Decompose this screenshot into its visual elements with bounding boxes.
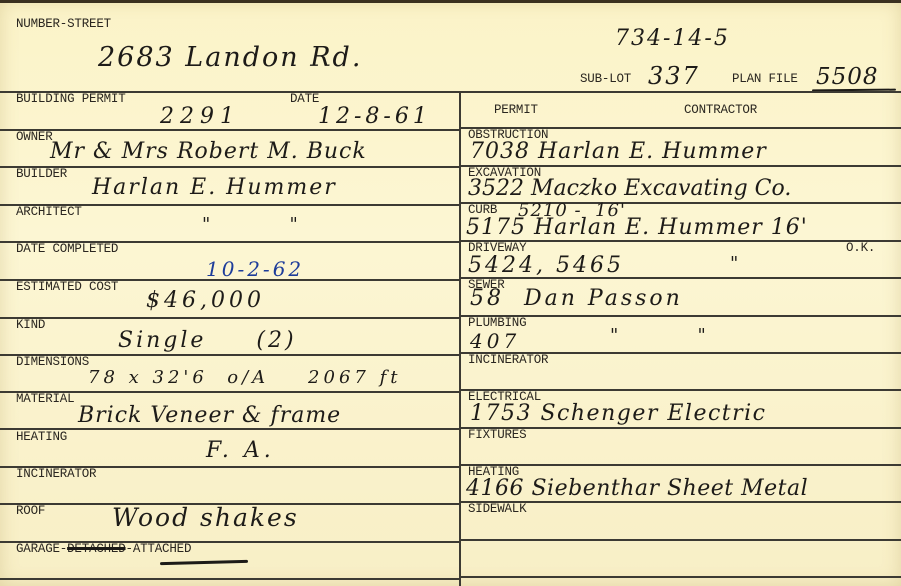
plan-file-label: PLAN FILE <box>732 73 798 86</box>
dimensions-value: 78 x 32'6 o/A 2067 ft <box>88 369 401 387</box>
kind-label: KIND <box>16 319 45 332</box>
sewer-value: 58 Dan Passon <box>470 288 683 310</box>
row-rule <box>0 428 459 430</box>
roof-label: ROOF <box>16 505 45 518</box>
parcel-number: 734-14-5 <box>615 28 730 50</box>
owner-label: OWNER <box>16 131 53 144</box>
material-label: MATERIAL <box>16 393 74 406</box>
sub-lot-label: SUB-LOT <box>580 73 631 86</box>
plumbing-contractor: " " <box>610 327 708 345</box>
building-permit-value: 2291 <box>160 106 240 128</box>
obstruction-value: 7038 Harlan E. Hummer <box>470 141 767 163</box>
date-completed-label: DATE COMPLETED <box>16 243 118 256</box>
heating-label: HEATING <box>16 431 67 444</box>
row-rule <box>0 578 459 580</box>
row-rule <box>459 576 901 578</box>
roof-value: Wood shakes <box>112 505 299 530</box>
row-rule <box>0 129 459 131</box>
incinerator-label: INCINERATOR <box>16 468 96 481</box>
row-rule <box>0 317 459 319</box>
permit-date-value: 12-8-61 <box>318 106 431 128</box>
header-rule <box>0 91 901 93</box>
garage-field: GARAGE-DETACHED-ATTACHED <box>16 543 191 556</box>
garage-option-detached-struck: DETACHED <box>67 542 125 556</box>
dimensions-label: DIMENSIONS <box>16 356 89 369</box>
sub-lot-value: 337 <box>648 64 700 88</box>
row-rule <box>0 166 459 168</box>
estimated-cost-value: $46,000 <box>146 290 265 312</box>
owner-value: Mr & Mrs Robert M. Buck <box>50 141 367 163</box>
heating-permit-value: 4166 Siebenthar Sheet Metal <box>466 478 808 500</box>
plan-file-value: 5508 <box>816 66 879 89</box>
builder-value: Harlan E. Hummer <box>92 177 337 199</box>
builder-label: BUILDER <box>16 168 67 181</box>
date-completed-value: 10-2-62 <box>206 259 304 279</box>
driveway-ok-mark: O.K. <box>846 242 875 255</box>
curb-value: 5175 Harlan E. Hummer 16' <box>466 217 808 239</box>
heating-value: F. A. <box>206 440 275 462</box>
permit-column-header: PERMIT <box>494 104 538 117</box>
row-rule <box>459 464 901 466</box>
driveway-value: 5424, 5465 <box>468 255 624 277</box>
material-value: Brick Veneer & frame <box>78 405 341 427</box>
garage-label: GARAGE- <box>16 542 67 556</box>
architect-value: " " <box>202 216 300 234</box>
number-street-label: NUMBER-STREET <box>16 18 111 31</box>
garage-attached-underline <box>160 560 248 565</box>
driveway-contractor: " <box>730 255 740 273</box>
row-rule <box>459 539 901 541</box>
excavation-value: 3522 Maczko Excavating Co. <box>468 178 791 200</box>
estimated-cost-label: ESTIMATED COST <box>16 281 118 294</box>
sidewalk-label: SIDEWALK <box>468 503 526 516</box>
garage-option-attached: -ATTACHED <box>126 542 192 556</box>
kind-value: Single (2) <box>118 330 297 352</box>
plumbing-value: 407 <box>470 331 520 351</box>
incinerator-permit-label: INCINERATOR <box>468 354 548 367</box>
address-value: 2683 Landon Rd. <box>98 44 362 71</box>
architect-label: ARCHITECT <box>16 206 82 219</box>
permit-index-card: NUMBER-STREET 2683 Landon Rd. 734-14-5 S… <box>0 0 901 586</box>
contractor-column-header: CONTRACTOR <box>684 104 757 117</box>
fixtures-label: FIXTURES <box>468 429 526 442</box>
building-permit-label: BUILDING PERMIT <box>16 93 126 106</box>
electrical-value: 1753 Schenger Electric <box>470 403 767 425</box>
date-label: DATE <box>290 93 319 106</box>
plumbing-label: PLUMBING <box>468 317 526 330</box>
